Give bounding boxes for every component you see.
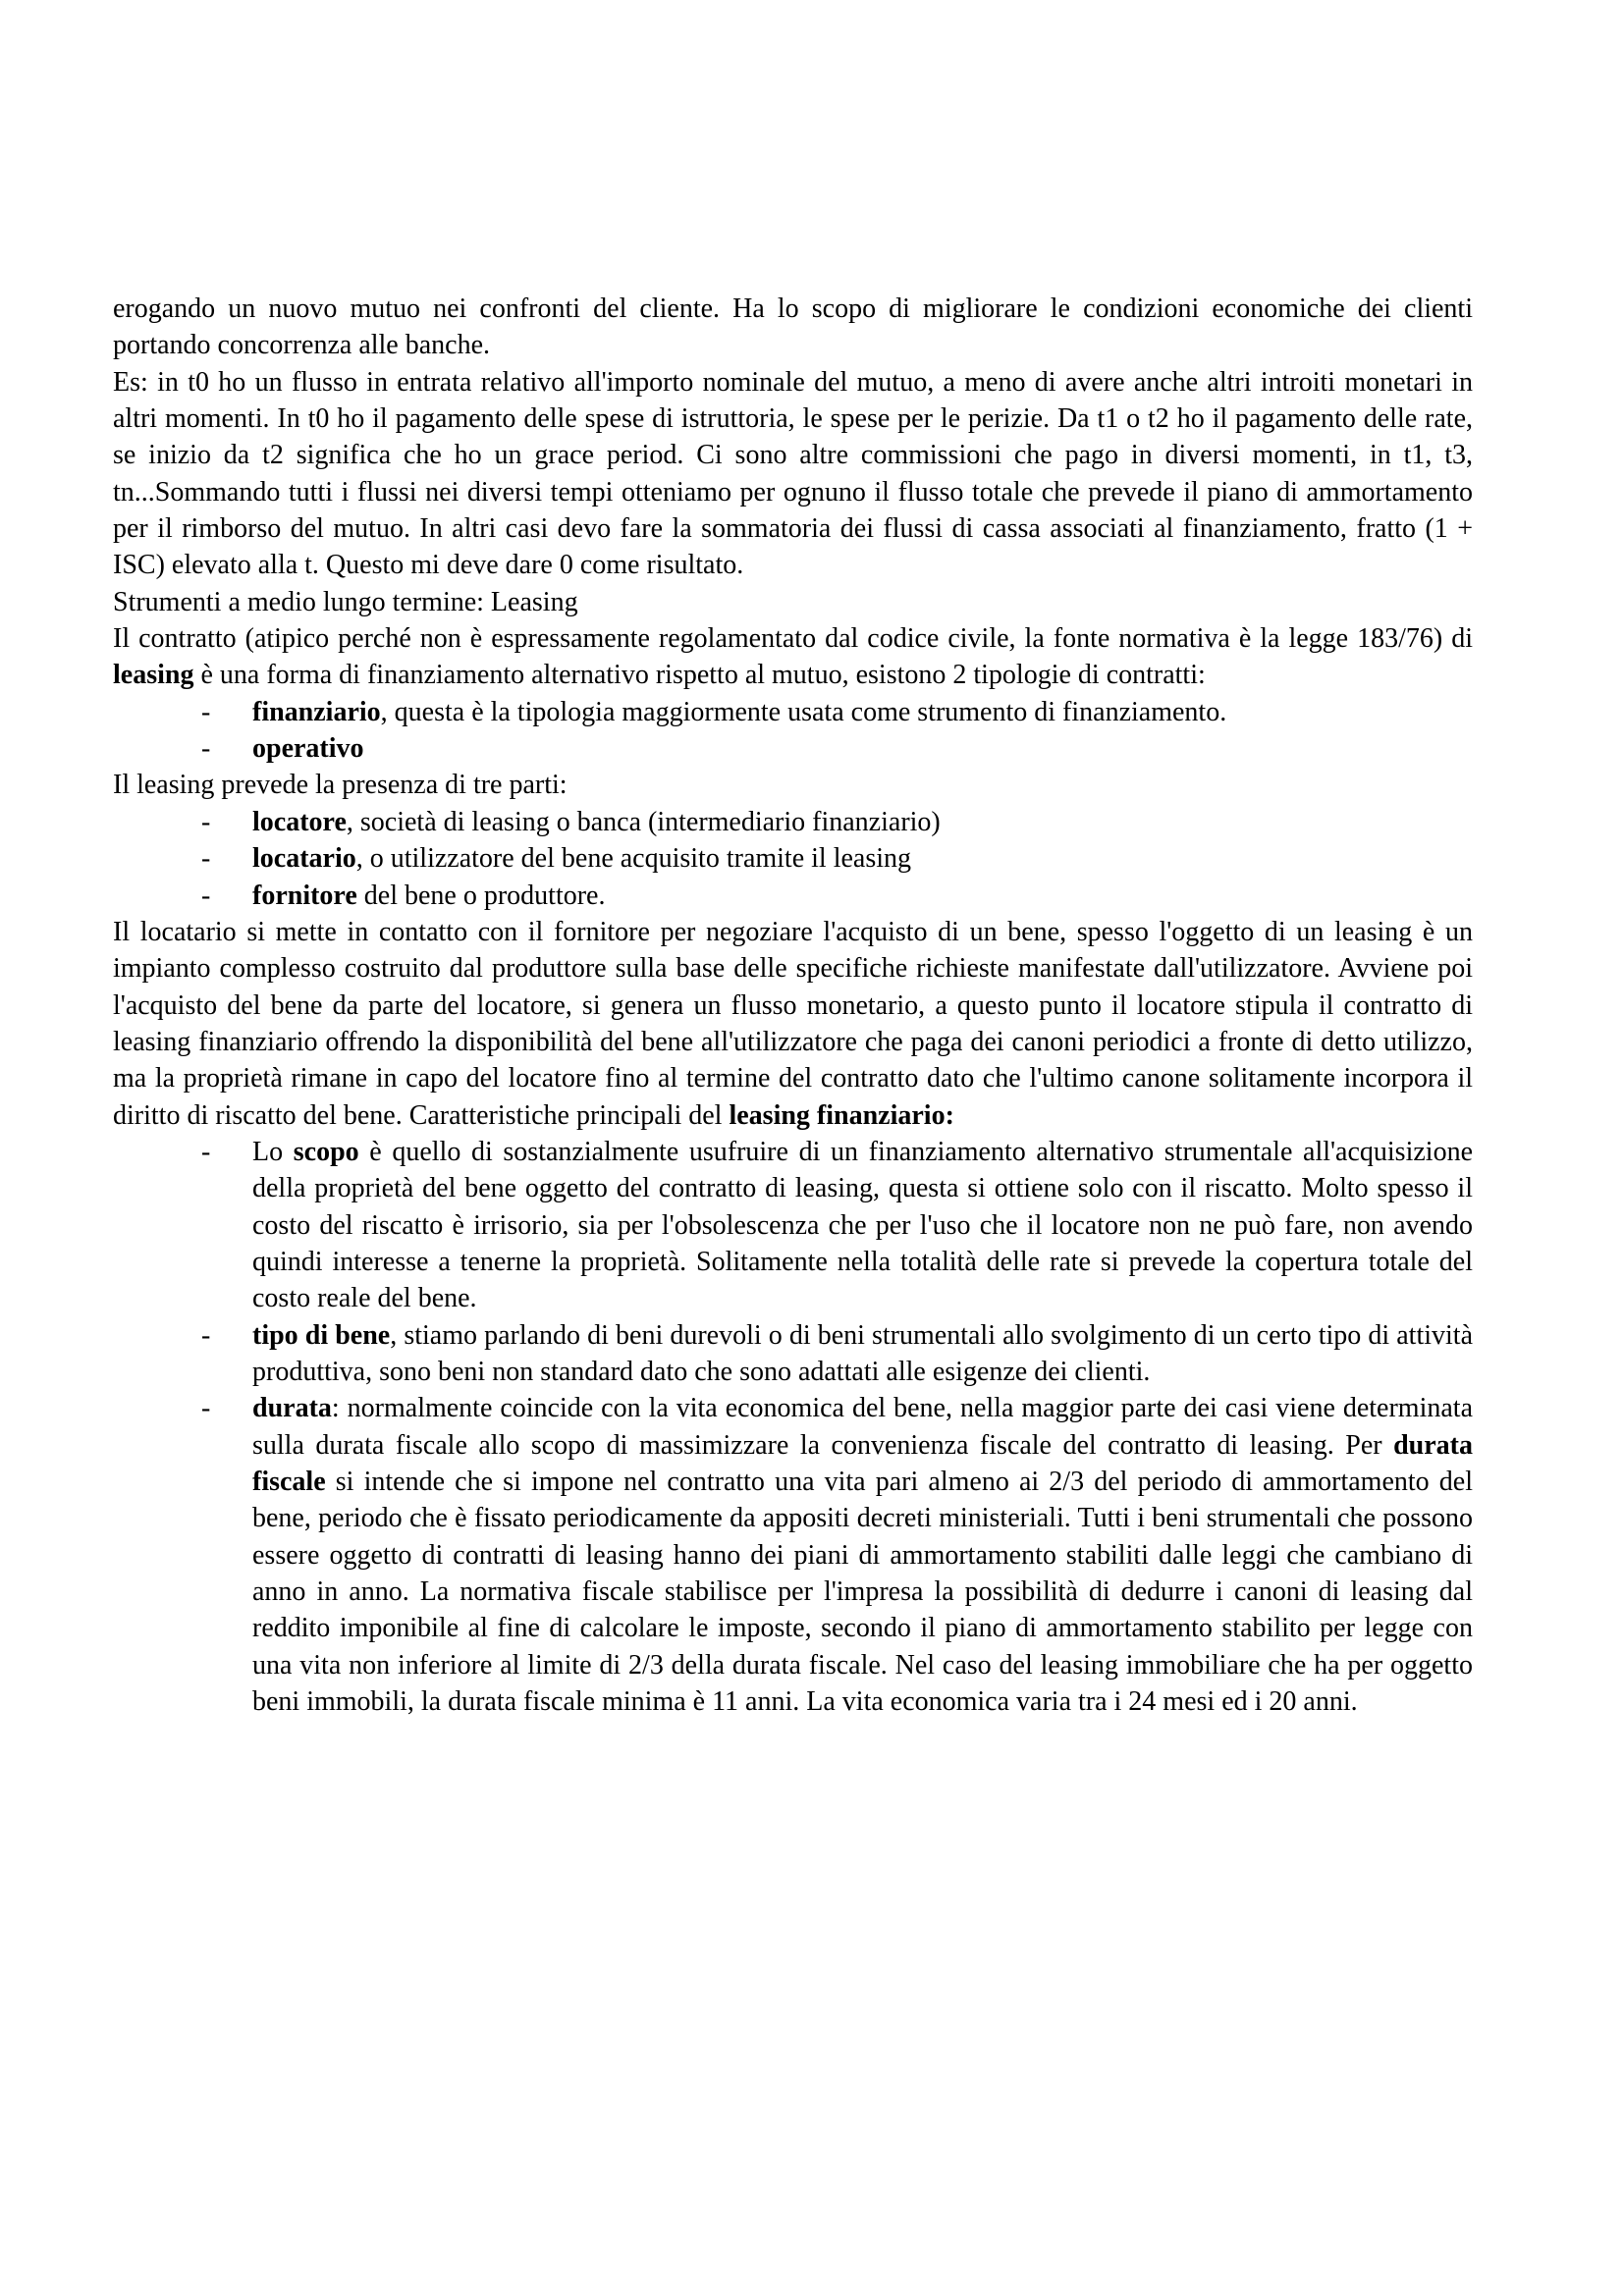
term-operativo: operativo: [252, 733, 364, 764]
text-run: , società di leasing o banca (intermedia…: [347, 807, 941, 837]
text-run: Il contratto (atipico perché non è espre…: [113, 623, 1473, 654]
text-run: è una forma di finanziamento alternativo…: [193, 660, 1205, 690]
bullet-dash: -: [201, 1134, 210, 1170]
text-run: Il locatario si mette in contatto con il…: [113, 917, 1473, 1131]
list-item-operativo: -operativo: [113, 730, 1473, 767]
text-run: è quello di sostanzialmente usufruire di…: [252, 1137, 1473, 1313]
list-item-fornitore: -fornitore del bene o produttore.: [113, 878, 1473, 914]
text-run: , stiamo parlando di beni durevoli o di …: [252, 1320, 1473, 1387]
paragraph-example-cashflows: Es: in t0 ho un flusso in entrata relati…: [113, 364, 1473, 584]
term-finanziario: finanziario: [252, 697, 381, 727]
bullet-dash: -: [201, 1390, 210, 1426]
paragraph-contratto-leasing: Il contratto (atipico perché non è espre…: [113, 620, 1473, 694]
text-run: Lo: [252, 1137, 294, 1167]
bullet-dash: -: [201, 730, 210, 767]
term-leasing-finanziario: leasing finanziario:: [729, 1100, 953, 1131]
bullet-dash: -: [201, 1317, 210, 1354]
text-run: : normalmente coincide con la vita econo…: [252, 1393, 1473, 1460]
term-fornitore: fornitore: [252, 881, 357, 911]
term-scopo: scopo: [294, 1137, 359, 1167]
paragraph-mutuo-continuation: erogando un nuovo mutuo nei confronti de…: [113, 291, 1473, 364]
text-run: , questa è la tipologia maggiormente usa…: [381, 697, 1227, 727]
page-content: erogando un nuovo mutuo nei confronti de…: [113, 291, 1473, 1720]
list-item-durata: -durata: normalmente coincide con la vit…: [113, 1390, 1473, 1720]
term-locatore: locatore: [252, 807, 347, 837]
bullet-dash: -: [201, 878, 210, 914]
list-item-locatario: -locatario, o utilizzatore del bene acqu…: [113, 840, 1473, 877]
paragraph-tre-parti: Il leasing prevede la presenza di tre pa…: [113, 767, 1473, 803]
term-durata: durata: [252, 1393, 332, 1423]
text-run: , o utilizzatore del bene acquisito tram…: [356, 843, 911, 874]
term-locatario: locatario: [252, 843, 356, 874]
text-run: si intende che si impone nel contratto u…: [252, 1467, 1473, 1717]
bullet-dash: -: [201, 840, 210, 877]
list-item-locatore: -locatore, società di leasing o banca (i…: [113, 804, 1473, 840]
document-page: erogando un nuovo mutuo nei confronti de…: [0, 0, 1623, 2296]
list-item-scopo: -Lo scopo è quello di sostanzialmente us…: [113, 1134, 1473, 1317]
term-tipo-di-bene: tipo di bene: [252, 1320, 390, 1351]
paragraph-locatario-fornitore: Il locatario si mette in contatto con il…: [113, 914, 1473, 1134]
term-leasing: leasing: [113, 660, 193, 690]
bullet-dash: -: [201, 804, 210, 840]
list-item-finanziario: -finanziario, questa è la tipologia magg…: [113, 694, 1473, 730]
text-run: del bene o produttore.: [357, 881, 606, 911]
list-item-tipo-di-bene: -tipo di bene, stiamo parlando di beni d…: [113, 1317, 1473, 1391]
section-heading-leasing: Strumenti a medio lungo termine: Leasing: [113, 584, 1473, 620]
bullet-dash: -: [201, 694, 210, 730]
